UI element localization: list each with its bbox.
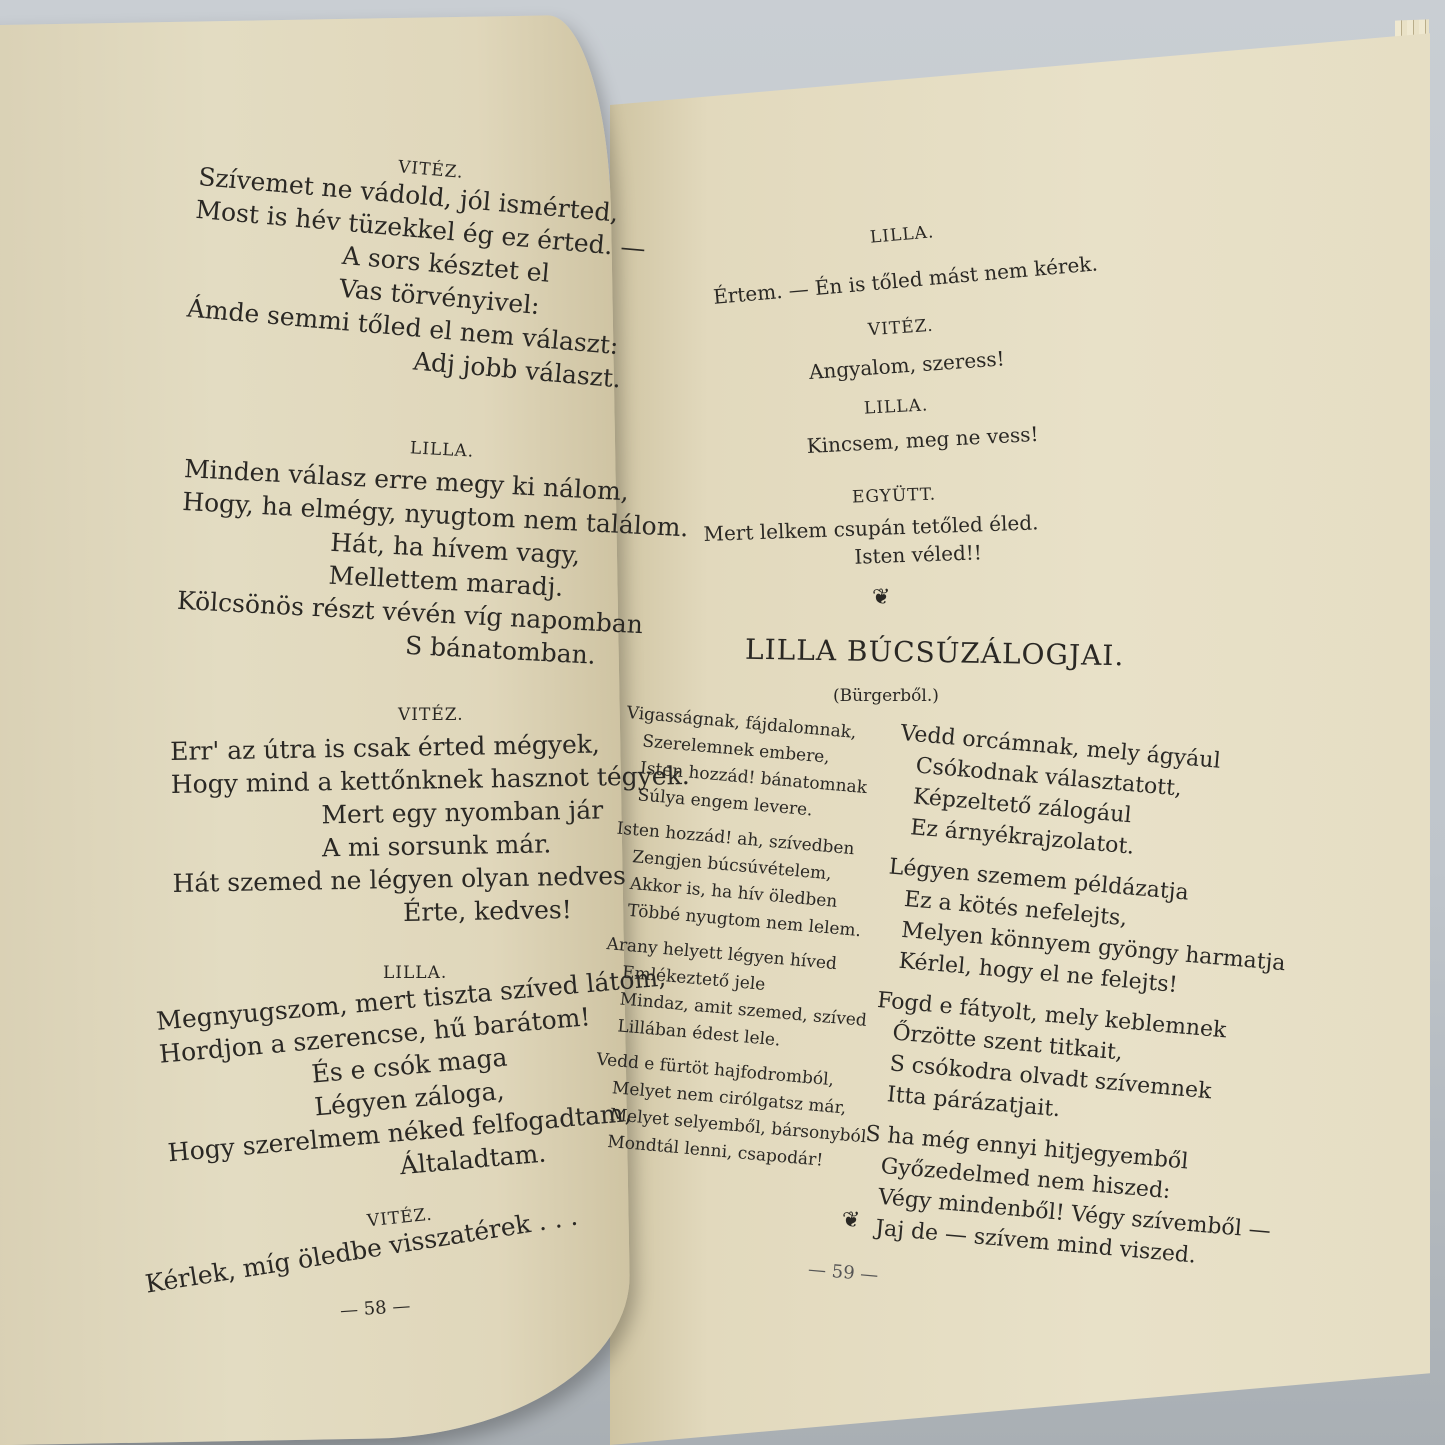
poem-column-2: Vedd orcámnak, mely ágyául Csókodnak vál… <box>856 718 1312 1278</box>
poem-subtitle: (Bürgerből.) <box>833 683 939 710</box>
poem-column-1: Vigasságnak, fájdalomnak, Szerelemnek em… <box>588 700 902 1178</box>
speaker-label: EGYÜTT. <box>852 485 937 508</box>
fleuron-ornament-icon: ❦ <box>872 585 890 610</box>
stanza: Szívemet ne vádold, jól ismérted, Most i… <box>183 160 650 397</box>
speaker-label: LILLA. <box>410 438 475 461</box>
stanza: Fogd e fátyolt, mely keblemnek Őrzötte s… <box>868 985 1289 1144</box>
stanza: Vigasságnak, fájdalomnak, Szerelemnek em… <box>619 700 903 832</box>
stanza: Minden válasz erre megy ki nálom, Hogy, … <box>175 452 691 676</box>
stanza: Légyen szemem példázatja Ez a kötés nefe… <box>880 851 1301 1010</box>
speaker-label: LILLA. <box>864 395 929 418</box>
stanza: Arany helyett légyen híved Emlékeztető j… <box>598 931 882 1063</box>
book-photo: VITÉZ. Szívemet ne vádold, jól ismérted,… <box>0 0 1445 1445</box>
stanza: Mert lelkem csupán tetőled éled. Isten v… <box>703 508 1040 576</box>
speaker-label: VITÉZ. <box>398 705 464 725</box>
stanza: Isten hozzád! ah, szívedben Zengjen búcs… <box>608 816 892 948</box>
poem-title: LILLA BÚCSÚZÁLOGJAI. <box>745 633 1125 673</box>
